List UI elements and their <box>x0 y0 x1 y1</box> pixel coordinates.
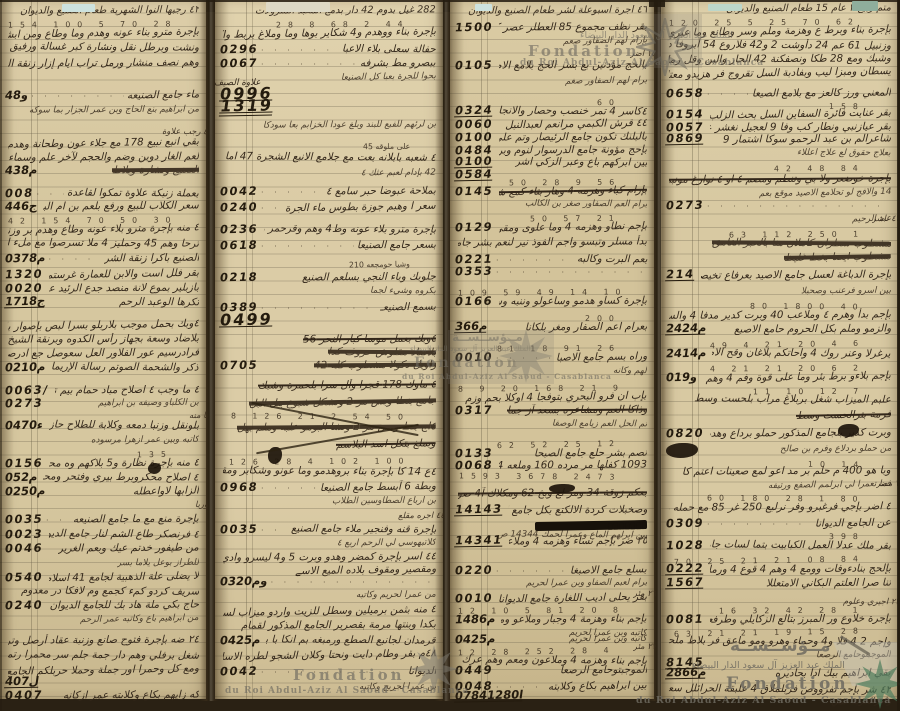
ledger-row: بإب ان فرو البحري بتوفجا 4 اوكلا بحم وزم <box>455 390 647 403</box>
entry-text: بالبلنك تكون جامع الرئيصار وتم علي جريد … <box>499 130 647 143</box>
ledger-row: 0309· · · · · · · · · · · · · · · · · · … <box>666 516 891 529</box>
entry-text: بين ابركهم باع وعبر الزكي اشر <box>514 156 647 169</box>
ledger-row: 0218جلوبك وباء النجي بسلعم الصنيع <box>220 270 436 283</box>
entry-text: بإجم بناء وهزمة 4 وجبار وملاعو ومجما سنن… <box>501 612 647 625</box>
entry-text: ٤وبك بحمل موجب بلاربلو بسرا لبص بإصوار ب… <box>8 317 199 332</box>
entry-text: بإجرة مترو بناء عونه وهدم وما وطاع ومن ا… <box>8 25 199 40</box>
ledger-row: 0067· · · · · · · · · · · · · · · · · · … <box>220 56 436 69</box>
entry-text: بإجرة بناء وبرط ع وهزمة وملم وسر وطانع و… <box>669 23 891 39</box>
ledger-row: 0470ءبلونقل وزنبا دمعه وكلابة للطلاح حاز… <box>5 418 199 431</box>
dot-leader: · · · · · · · · · · · · · · · · · · · · … <box>261 187 323 199</box>
entry-text: بين اسرو فرعنب وصحبلا <box>801 285 891 298</box>
ledger-row: من عمرا لحريم وكاتبه <box>220 588 436 601</box>
ledger-row: 42 بإدام لعبم عثك ٤ <box>220 166 436 179</box>
entry-text: بقي انبع نبيع 178 مع جلاء عون وطحانة وهد… <box>8 135 199 150</box>
ledger-row: 2414ميرغرلا وعنر روك 4 واحاتكم بلاغان وق… <box>666 346 891 359</box>
entry-text: برام لهم الصفاور صغم <box>565 74 647 87</box>
ledger-row: 0081بإجرة خلاوع ور المبرز بتالع الزكايلي… <box>666 612 891 625</box>
entry-text: وبرت كدير بلجامع المذكور حملو برداع وهدم <box>710 426 891 439</box>
ledger-row: 0618· · · · · · · · · · · · · · · · · · … <box>220 238 436 251</box>
ledger-row: 14341٢٥ ضر بإجم نساء وهزمه 4 وملاعو وهم … <box>455 534 647 547</box>
amount-value: 0317 <box>454 404 494 417</box>
entry-text: بلونقل وزنبا دمعه وكلابة للطلاح حاز بكا … <box>49 418 199 431</box>
entry-text: 42 بإدام لعبم عثك ٤ <box>361 167 436 180</box>
entry-text: بلاضاد مقلوش حروف كدا <box>328 346 436 359</box>
ledger-row: لعم الغار دوبن وضم والحجم لآخر علم وسماء… <box>5 150 199 163</box>
entry-text: كلاتبهوسي لي الرحم اربع ٤ <box>337 537 436 550</box>
ledger-row: فما تعمرا لي ابرلمم الصفع ورتيفه <box>666 478 891 491</box>
entry-text: بدأ مسلر وتبسو واجم الفوذ نير لنعم بشر ج… <box>458 235 647 248</box>
dot-leader: · · · · · · · · · · · · · · · · · · · · … <box>261 241 354 253</box>
ledger-row: 0010· · · · · · · · · · · · · · · · · · … <box>455 591 647 604</box>
entry-text: ٤ ماوك 178 قجرا وأل سرا بلحمرة وشبك <box>258 378 436 391</box>
ledger-row: 0100بالبلنك تكون جامع الرئيصار وتم علي ج… <box>455 130 647 143</box>
ledger-row: 0968· · · · · · · · · · · · · · · · · · … <box>220 480 436 493</box>
ledger-row: 0010· · · · · · · · · · · · · · · · · · … <box>455 350 647 363</box>
amount-value: 438م <box>4 164 38 177</box>
entry-text: فرمة بترالحست وسط <box>796 408 891 422</box>
ledger-row: 0320وم· · · · · · · · · · · · · · · · · … <box>220 574 436 587</box>
amount-value: 0425م <box>454 633 496 646</box>
ledger-row: 1486مبإجم بناء وهزمة 4 وجبار وملاعو ومجم… <box>455 612 647 625</box>
entry-text: عن الجامع الديوانا <box>815 516 891 529</box>
entry-text: وذاكا العم ومشاعره بسعد آز جما <box>507 404 647 417</box>
dot-leader: · · · · · · · · · · · · · · · · · · · · … <box>261 525 288 537</box>
entry-text: سعر الكلاب للبيع ورفع بلعم بن ام البيع <box>43 199 199 212</box>
ledger-row: عبد الرحيم <box>666 212 891 225</box>
entry-text: الموجبتوحامع الرصعا <box>559 664 647 677</box>
entry-text: سعر ا وهبم جوزة بطوس ماء الجرة <box>285 200 436 215</box>
amount-value: 0010 <box>454 351 494 364</box>
ledger-row: كاتبه وبين عمر ازهرا مرسوده <box>5 433 199 446</box>
amount-value: 0309 <box>665 517 705 530</box>
ledger-row: 0449الموجبتوحامع الرصعا <box>455 663 647 676</box>
entry-text: ٤٨م بقر وطام دايت ونحتا وكلان الشجو لطره… <box>223 647 436 663</box>
entry-text: فما تعمرا لي ابرلمم الصفع ورتيفه <box>768 478 891 492</box>
amount-value: 0273 <box>665 199 705 212</box>
entry-text: زاويل دكولا مشطوب كله 42 <box>314 359 436 372</box>
ledger-row: 0425مكاتبه وبن عمرا لحريم <box>455 632 647 645</box>
amount-value: 446ج <box>4 200 38 213</box>
ledger-row: بقي انبع نبيع 178 مع جلاء عون وطحانة وهد… <box>5 136 199 149</box>
entry-text: شاعرالم بن عبد الرحمو سوكا اشتمار 9 <box>723 132 891 145</box>
entry-text: ترحا وهم 45 وحمليز 4 ملا تسرصوا مع ملء ا… <box>8 236 199 249</box>
ledger-row: 0425مقرمدان لجانبع الصطع ورمبغه بم انكا … <box>220 633 436 646</box>
ledger-row: 0105· · · · · · · · · · · · · · · · · · … <box>455 58 647 71</box>
entry-text: ماء جامع الصنيعه <box>127 88 199 101</box>
background-patch <box>475 4 492 11</box>
ledger-row: ٤٤ اسر بإجرة كمضر وهدو وبرت 5 و4 ليسرو و… <box>220 550 436 563</box>
ledger-row: 0869شاعرالم بن عبد الرحمو سوكا اشتمار 9 <box>666 132 891 145</box>
entry-text: بسمع الصنيعـ <box>380 301 436 314</box>
entry-text: بسعر جامع الصنيعا <box>357 239 436 252</box>
entry-text: ونشت وبرطل نقل ونشارة كبر غسالة ورفيق وش… <box>8 40 199 53</box>
ledger-row: وزنبيل 61 عم 24 دأوشت 2 و42 فلاروع 54 أب… <box>666 38 891 51</box>
entry-text: بإجرة قنه وفنجير ملاء جامع الصنيع <box>291 522 437 535</box>
amount-value: 0540 <box>4 571 44 584</box>
ledger-row: بإجرة بناء وبرط ع وهزمة وملم وسر وطانع و… <box>666 24 891 37</box>
entry-text: بحوا للجرة بعبا كل الصنيعا <box>341 70 436 84</box>
entry-text: لعم الغار دوبن وضم والحجم لآخر علم وسماء… <box>8 150 199 163</box>
entry-text: بعملة زنبكة علاوة تمكوا لقاعدة <box>67 187 199 200</box>
amount-value: 0449 <box>454 664 494 677</box>
amount-value: 0020 <box>4 282 44 295</box>
amount-value: 0154 <box>665 108 705 121</box>
amount-value: 1718ج <box>4 295 46 309</box>
entry-text: وراه بسم جامع الاصبا <box>556 350 647 364</box>
entry-text: المعني ورز كالعز مع بلامع الصيعا <box>752 87 891 100</box>
ledger-row: يسطان ومبزا ليب وبفادبة السل تقروج فر هز… <box>666 66 891 79</box>
ledger-row: 0210مذكر والشحمة الصوتم رسالة الإريما ال… <box>5 360 199 373</box>
ledger-row: مشطوب سطران كاملان هنا بالحبر الغامق <box>666 236 891 249</box>
entry-text: كه زايهم بكاع وكلابته عمر ازكانه <box>62 689 199 702</box>
ledger-row: 0705زاويل دكولا مشطوب كله 42 <box>220 358 436 371</box>
entry-text: بإجم نطاو وهزمه 4 وما علوى ومقى بسط جامع… <box>499 220 647 235</box>
entry-text: بإجرة منع مع ما جامع الصنيعه <box>73 513 199 526</box>
ledger-row: 0240حاج بكي ملة هاد بك للجامع الديوان عن… <box>5 598 199 611</box>
ledger-row: 14143وصخبلات كردة الالكتع بكل جامع الرصب… <box>455 503 647 516</box>
ledger-row: 2866مبقي ابراهيم بيك ادا بحاديره <box>666 666 891 679</box>
amount-value: 0407 <box>4 689 44 702</box>
entry-text: وبا هو 400 م حلم بر مد اعو لمع صعينات اع… <box>682 464 891 477</box>
entry-text: بقي ابراهيم بيك ادا بحاديره <box>775 667 891 680</box>
entry-text: علبم الميزاب شغل بربلاغ مراب بلحست وسط <box>694 392 891 405</box>
ledger-row: ٤ شعبه بابلانه بعت مع جلامع الانبع الشجر… <box>220 150 436 163</box>
amount-value: 0166 <box>454 295 494 308</box>
ledger-page-1: ٤٢ رجبها النوا الشهرية طعام الصنيع والدي… <box>0 0 206 699</box>
scan-edge-left <box>0 0 2 711</box>
dot-leader: · · · · · · · · · · · · · · · · · · · · … <box>261 303 377 315</box>
entry-text: وشبك ومع 28 طكا ونصفكنة 42 الحار والبن و… <box>669 52 891 66</box>
entry-text: الديوانا <box>408 665 437 677</box>
ledger-row: كلاتبهوسي لي الرحم اربع ٤ <box>220 536 436 549</box>
amount-value: 008 <box>4 187 34 199</box>
ledger-row: واعزالجريد حمي <box>666 695 891 708</box>
amount-value: 2424م <box>665 322 707 336</box>
amount-value: 0320وم <box>219 575 268 588</box>
ledger-row: 0035· · · · · · · · · · · · · · · · · · … <box>220 522 436 535</box>
ledger-row: بن عمرا لجريح وكاتبه <box>220 680 436 693</box>
entry-text: واعزالجريد حمي <box>831 695 891 708</box>
margin-note: ٤٤ اجره مقلع <box>395 508 445 521</box>
ledger-row: 0273· · · · · · · · · · · · · · · · · · … <box>666 198 891 211</box>
amount-value: 052م <box>4 471 38 484</box>
entry-text: الزابها لاواعطله <box>133 484 199 497</box>
entry-text: 1593 3678 2473 <box>458 470 621 483</box>
amount-value: 0145 <box>454 185 494 198</box>
scan-edge-top <box>0 0 900 2</box>
ledger-row: 0658· · · · · · · · · · · · · · · · · · … <box>666 86 891 99</box>
ledger-row: 052م٤ اصلاح محكروبرط بيري وفتحر ومحبه وو… <box>5 470 199 483</box>
ledger-page-2: 282 غيل بدوم 42 دار بدمع المعبد المنزولا… <box>215 0 443 699</box>
amount-value: 0100 <box>454 131 494 144</box>
ledger-row: علبم الميزاب شغل بربلاغ مراب بلحست وسط <box>666 392 891 405</box>
entry-text: حاج بكي ملة هاد بك للجامع الديوان عن شهر… <box>49 598 199 611</box>
ledger-row: بدأ مسلر وتبسو واجم الفوذ نير لنعم بشر ج… <box>455 235 647 248</box>
entry-text: من ابراهيم بنع الحاج وبن عمر الجزار بما … <box>29 103 199 116</box>
ledger-row: بإرام لهم الضفاور صعم <box>455 34 647 47</box>
amount-value: 2414م <box>665 347 707 360</box>
scan-edge-gap <box>649 0 665 7</box>
ledger-row: 0063/٤ ما وجب ٤ اصلاح مباد حمام بيم تجرا… <box>5 383 199 396</box>
ledger-row: 0020بازبلير بموع لانة منصد جدع الرئيد عن… <box>5 281 199 294</box>
ledger-row: 0784ا1280 <box>455 689 647 702</box>
ledger-row: 407ل <box>5 675 199 688</box>
entry-text: بإجرة بناء ووهدم و4 شكاير بوها وما وملاغ… <box>223 25 436 41</box>
ledger-row: بلاضاد وسعة بجهاز رأس الكدوه وبرنقة الشي… <box>5 332 199 345</box>
ledger-row: للطراز بوعل يلاما بسر <box>5 556 199 569</box>
dot-leader: · · · · · · · · · · · · · · · · · · · · … <box>707 519 812 531</box>
amount-value: 0220 <box>454 564 494 577</box>
ledger-row: 0407كه زايهم بكاع وكلابته عمر ازكانه <box>5 688 199 701</box>
entry-text: ببصرو مط بشرفه <box>360 57 436 70</box>
ledger-row: بإجم بدأ وهرم ٤ وملاعب 40 وبرت كدير مدفا… <box>666 308 891 321</box>
entry-text: فرادرسيم عور الفلاور العل سعوصل جع ادرصه… <box>8 346 199 359</box>
entry-text: ٤ منه بإجرة مترو بلاء عونه وطاع وهدم بر … <box>8 221 199 236</box>
amount-value: 14143 <box>454 503 503 517</box>
ledger-row: لهم وكانه <box>455 364 647 377</box>
entry-text: بازبلير بموع لانة منصد جدع الرئيد عن الش… <box>49 281 199 294</box>
entry-text: بعلاج حقوق لع علاج اعللاء <box>797 147 891 160</box>
amount-value: 0046 <box>4 542 44 555</box>
entry-text: ٤ اصلاح محكروبرط بيري وفتحر ومحبه ووافصر… <box>43 470 199 483</box>
manuscript-scan: ٤٢ رجبها النوا الشهرية طعام الصنيع والدي… <box>0 0 900 711</box>
ledger-row: 0023٤ فرنصكر طاع الشم لنار جامع الديوان … <box>5 527 199 540</box>
dot-leader: · · · · · · · · · · · · · · · · · · · · … <box>271 577 436 589</box>
ledger-row: 0129بإجم نطاو وهزمه 4 وما علوى ومقى بسط … <box>455 220 647 233</box>
ledger-row: ٢٤ ضه بإجرة فتوح صانع وزنبة عقاد أرصل وت… <box>5 633 199 646</box>
amount-value: 0060 <box>454 118 494 131</box>
entry-text: ٤ منه بإجرة نظارة و5 بلاكهم وه محمية بعا… <box>49 456 199 469</box>
entry-text: ٤ شعبه بابلانه بعت مع جلامع الانبع الشجر… <box>225 150 436 163</box>
entry-text: بإجرة خوضعر ولا بي وتنطم ومصم ٤ او ٤ نوا… <box>669 172 891 186</box>
entry-text: ٤٦ اجرة اسبوعلة لشر طعام الصنيع والديوان <box>468 4 647 17</box>
amount-value: 0425م <box>219 634 261 647</box>
amount-value: 0869 <box>665 132 705 146</box>
entry-text: بإجرة خلاوع ور المبرز بتالع الزكايلي وطر… <box>710 612 891 625</box>
entry-text: ٤ع 14 كا بإجرة بناء بروهدمو وما عونو وشك… <box>223 464 436 477</box>
ledger-row: 0035· · · · · · · · · · · · · · · · · · … <box>5 512 199 525</box>
ledger-row: بكروه وشيء لجما <box>220 284 436 297</box>
amount-value: 0081 <box>665 613 705 626</box>
ledger-row: ٤٢ شر بإجم نفرووص فربلملاق 4 علبقة الحرا… <box>666 682 891 695</box>
entry-text: سريف كردو كمء كجمع وم لافكا در معدوم <box>21 584 199 597</box>
ledger-row: 0250مالزابها لاواعطله <box>5 484 199 497</box>
ledger-row: ونشت وبرطل نقل ونشارة كبر غسالة ورفيق وش… <box>5 40 199 53</box>
ledger-row: 0540لا يضلى علة الذهبية لجامع 41 اسلام ل… <box>5 570 199 583</box>
ledger-row: ترحا وهم 45 وحمليز 4 ملا تسرصوا مع ملء ا… <box>5 236 199 249</box>
ledger-row: 0042· · · · · · · · · · · · · · · · · · … <box>220 184 436 197</box>
ledger-row: 438مالصنيع ونشارة وبلاط <box>5 163 199 176</box>
entry-text: الصنيع ونشارة وبلاط <box>112 164 199 177</box>
ledger-column-header: ٤٢ رجبها النوا الشهرية طعام الصنيع والدي… <box>5 4 199 17</box>
entry-text: نم الحل العم زيامع الوصفا <box>552 418 647 431</box>
amount-value: 366م <box>454 320 488 334</box>
entry-text: من ابراهيم باع وكاتبه عمر الرحم <box>80 612 199 626</box>
amount-value: 0236 <box>219 223 259 236</box>
entry-text: وزنبيل 61 عم 24 دأوشت 2 و42 فلاروع 54 أب… <box>669 38 891 52</box>
ledger-row: 1718جتكرها الوعبد الرحم <box>5 295 199 308</box>
entry-text: بإجم بلاءو برط بئر وما على قوة وفم 4 وهم… <box>703 369 891 384</box>
ledger-row: 1319 <box>220 103 436 116</box>
entry-text: ٤٢ رجبها النوا الشهرية طعام الصنيع والدي… <box>20 4 200 17</box>
amount-value: 0042 <box>219 185 259 198</box>
entry-text: حفالة سعلى بلاء الاعبا <box>342 43 436 56</box>
ledger-row: 1028بقر ملك عدلا العمل الكبابيت بتما لسا… <box>666 538 891 551</box>
ledger-row: 0317وذاكا العم ومشاعره بسعد آز جما <box>455 403 647 416</box>
entry-text: ٢٤ ضه بإجرة فتوح صانع وزنبة عقاد أرصل وت… <box>8 633 199 646</box>
ledger-row: 1593 3678 2473 <box>455 470 647 483</box>
ledger-row: 0166بإجرة كساو هدمو وساعولو وننبه وسقا ب… <box>455 294 647 307</box>
ledger-row: 0273بن الكلباو وصيفه بن ابراهيم <box>5 396 199 409</box>
entry-text: ٤ اضر بإجي فرغبرو وفر نرلبع 250 غر 85 مع… <box>669 500 891 514</box>
entry-text: مشطوب ايضا بخط غليظ <box>784 250 891 264</box>
dot-leader: · · · · · · · · · · · · · · · · · · · · … <box>496 267 647 279</box>
entry-text: ٤وبك بعمل موسا كبار النحر 56 <box>303 333 436 346</box>
ledger-row: من ابراهيم باع وكاتبه عمر الرحم <box>5 612 199 625</box>
ledger-row: برام لعبم الصفاو وبن عمرا لحريم <box>455 576 647 589</box>
ledger-row: من ابراهيم بنع الحاج وبن عمر الجزار بما … <box>5 103 199 116</box>
entry-text: ٤٢ شر بإجم نفرووص فربلملاق 4 علبقة الحرا… <box>669 682 891 696</box>
entry-text: كاتبه وبين عمر ازهرا مرسوده <box>91 434 199 447</box>
ledger-row: 0042· · · · · · · · · · · · · · · · · · … <box>220 664 436 677</box>
ledger-row: بن ارباع الصطاوسين الطلاب <box>220 494 436 507</box>
ledger-row: بإجرة خوضعر ولا بي وتنطم ومصم ٤ او ٤ نوا… <box>666 172 891 185</box>
entry-text: وهم نصف منشار ورمل تراب ايام إزار زنقة ا… <box>8 56 199 69</box>
ledger-row: ٤وبك بعمل موسا كبار النحر 56 <box>220 332 436 345</box>
ledger-row: فرادرسيم عور الفلاور العل سعوصل جع ادرصه… <box>5 346 199 359</box>
entry-text: مشطوب سطران كاملان هنا بالحبر الغامق <box>712 236 892 249</box>
amount-value: 0273 <box>4 397 44 410</box>
ledger-row: بإجرة بناء ووهدم و4 شكاير بوها وما وملاغ… <box>220 26 436 39</box>
amount-value: 0353 <box>454 265 494 278</box>
ledger-row: بكدا وبنتها مرمة بقصرير الجامع المذكور ل… <box>220 618 436 631</box>
amount-value: 1486م <box>454 613 496 626</box>
entry-text: وريا <box>195 498 208 510</box>
ledger-row: من حملو بردلاع وفرم بن صالح <box>666 442 891 455</box>
entry-text: والزمو وملم بكل الحروم حامع الاصبع <box>734 322 891 335</box>
entry-text: برام العم الصفاور صغر بن الكالب <box>524 198 647 211</box>
entry-text: ٤٤ اسر بإجرة كمضر وهدو وبرت 5 و4 ليسرو و… <box>223 550 436 563</box>
entry-text: بن عمرا لجريح وكاتبه <box>359 681 437 694</box>
amount-value: 1320 <box>4 268 44 281</box>
amount-value: 1319 <box>219 100 274 117</box>
ledger-row: ٤ منه بإجرة مترو بلاء عونه وطاع وهدم بر … <box>5 222 199 235</box>
entry-text: وصخبلات كردة الالكتع بكل جامع الرصبع بعد… <box>508 504 647 517</box>
dot-leader: · · · · · · · · · · · · · · · · · · · · … <box>48 254 100 266</box>
ledger-row: 214بإجرة الدباغة لعسل جامع الاصيد بعرفاع… <box>666 268 891 281</box>
ledger-page-3: ٤٦ اجرة اسبوعلة لشر طعام الصنيع والديوان… <box>450 0 654 699</box>
entry-text: جلوبك وباء النجي بسلعم الصنيع <box>302 271 436 284</box>
entry-text: يرغرلا وعنر روك 4 واحاتكم بلاغان وقح الا… <box>712 346 891 359</box>
background-patch <box>266 2 330 12</box>
entry-text: بإجرة الدباغة لعسل جامع الاصيد بعرفاع تخ… <box>700 268 891 281</box>
amount-value: 0658 <box>665 87 705 100</box>
dot-leader: · · · · · · · · · · · · · · · · · · · · … <box>46 515 70 527</box>
amount-value: 0218 <box>219 271 259 284</box>
ledger-row: 019وبإجم بلاءو برط بئر وما على قوة وفم 4… <box>666 370 891 383</box>
amount-value: 0010 <box>454 592 494 605</box>
amount-value: 0035 <box>4 513 44 526</box>
ledger-row: وهم نصف منشار ورمل تراب ايام إزار زنقة ا… <box>5 56 199 69</box>
entry-text: بقر فلل است والابن للعمارة غرستم غار فغب… <box>49 267 199 282</box>
ledger-row: بعلاج حقوق لع علاج اعللاء <box>666 146 891 159</box>
entry-text: بالحج مؤدنين بع بسر الحج بلامع الاصيبا <box>499 58 647 71</box>
dot-leader: · · · · · · · · · · · · · · · · · · · · … <box>496 353 553 365</box>
ledger-row: بين اسرو فرعنب وصحبلا <box>666 284 891 297</box>
ledger-row: ٤ اضر بإجي فرغبرو وفر نرلبع 250 غر 85 مع… <box>666 500 891 513</box>
entry-text: ٤كاسر 4 تمر خنصب وحصار والانجا صونه بدل … <box>499 104 647 117</box>
amount-value: 0324 <box>454 104 494 118</box>
amount-value: 0042 <box>219 665 259 678</box>
amount-value: 0063/ <box>4 384 50 397</box>
ledger-row: ٤ع 14 كا بإجرة بناء بروهدمو وما عونو وشك… <box>220 464 436 477</box>
entry-text: بملاحة عبوضا حبر سامع ٤ <box>326 185 436 198</box>
ledger-row: 0154· · · · · · · · · · · · · · · · · · … <box>666 107 891 120</box>
entry-text: بقر نظف مجموع 85 العطلر عصر كرنبم شارك <box>499 20 647 33</box>
amount-value: 0240 <box>219 201 259 214</box>
amount-value: 2866م <box>665 666 707 680</box>
amount-value: 0784ا1280 <box>454 688 524 702</box>
dot-leader: · · · · · · · · · · · · · · · · · · · · … <box>261 59 357 71</box>
ledger-row: وبا هو 400 م حلم بر مد اعو لمع صعينات اع… <box>666 464 891 477</box>
dot-leader: · · · · · · · · · · · · · · · · · · · · … <box>31 91 124 103</box>
amount-value: 0705 <box>219 359 259 372</box>
amount-value: 0499 <box>219 314 274 328</box>
ledger-row: مشطوب ايضا بخط غليظ <box>666 250 891 263</box>
ledger-row: 0353· · · · · · · · · · · · · · · · · · … <box>455 264 647 277</box>
ledger-row: ٤ ماوك 178 قجرا وأل سرا بلحمرة وشبك <box>220 378 436 391</box>
ledger-row: 1567تنا صرا العلتم البكاني الامتعللا <box>666 576 891 589</box>
ledger-row: 0222بإلحج بنادءوفات وومع 4 وهم 4 قوع 4 و… <box>666 562 891 575</box>
ledger-row: 0296· · · · · · · · · · · · · · · · · · … <box>220 42 436 55</box>
ledger-row: فرمة بترالحست وسط <box>666 408 891 421</box>
dot-leader: · · · · · · · · · · · · · · · · · · · · … <box>261 667 405 679</box>
ledger-row: 0046من طيفور خدتم عيك وبعم الغرير <box>5 541 199 554</box>
entry-text: بن الكلباو وصيفه بن ابراهيم <box>98 397 199 410</box>
dot-leader: · · · · · · · · · · · · · · · · · · · · … <box>707 89 749 101</box>
entry-text: بلاضاد وسعة بجهاز رأس الكدوه وبرنقة الشي… <box>8 332 199 345</box>
entry-text: بإجرة كساو هدمو وساعولو وننبه وسقا بشم خ… <box>499 294 647 307</box>
dot-leader: · · · · · · · · · · · · · · · · · · · · … <box>261 203 282 215</box>
ledger-row: وشبك ومع 28 طكا ونصفكنة 42 الحار والبن و… <box>666 52 891 65</box>
entry-text: وبملغ بتكل اسد البلاسم <box>336 437 436 451</box>
margin-note: وريا <box>192 497 208 510</box>
entry-text: لهم وكانه <box>613 365 647 377</box>
ledger-row: 48و· · · · · · · · · · · · · · · · · · ·… <box>5 88 199 101</box>
ledger-row: ٤ منه بثمن برميلين وسطل للزيت واردو ميزا… <box>220 604 436 617</box>
ledger-row: 0060٤٤ قرش الكبمي مرانعم لعبدالنبل <box>455 117 647 130</box>
dot-leader: · · · · · · · · · · · · · · · · · · · · … <box>707 201 891 213</box>
ledger-row: 0240· · · · · · · · · · · · · · · · · · … <box>220 200 436 213</box>
entry-text: ٤٤ اجره مقلع <box>398 509 445 521</box>
amount-value: 0618 <box>219 239 259 252</box>
entry-text: وبطة 6 آبسط جامع الصنيعا <box>320 480 436 494</box>
ledger-row: برام العم الصفاور صغر بن الكالب <box>455 197 647 210</box>
amount-value: 0296 <box>219 43 259 56</box>
entry-text: وإجم 2 4 فلا و4 وحماء وهرو ومو ماعق فر ب… <box>669 634 891 648</box>
amount-value: 0820 <box>665 427 705 440</box>
ledger-row: 0156٤ منه بإجرة نظارة و5 بلاكهم وه محمية… <box>5 456 199 469</box>
amount-value: 0968 <box>219 481 259 494</box>
entry-text: ٢٥ ضر بإجم نساء وهزمه 4 وملاعو وهم 40 10… <box>508 535 647 548</box>
entry-text: الصنيع باكرا زنقة الشر <box>104 252 199 265</box>
entry-text: من عمرا لحريم وكاتبه <box>356 589 436 602</box>
ledger-row: شغل برفلي وهم دار جمة جلم سر محمرا رتمعا… <box>5 648 199 661</box>
amount-value: 0156 <box>4 457 44 470</box>
entry-text: بقر ملك عدلا العمل الكبابيت بتما لسات جا… <box>710 538 891 551</box>
amount-value: 14341 <box>454 534 503 548</box>
